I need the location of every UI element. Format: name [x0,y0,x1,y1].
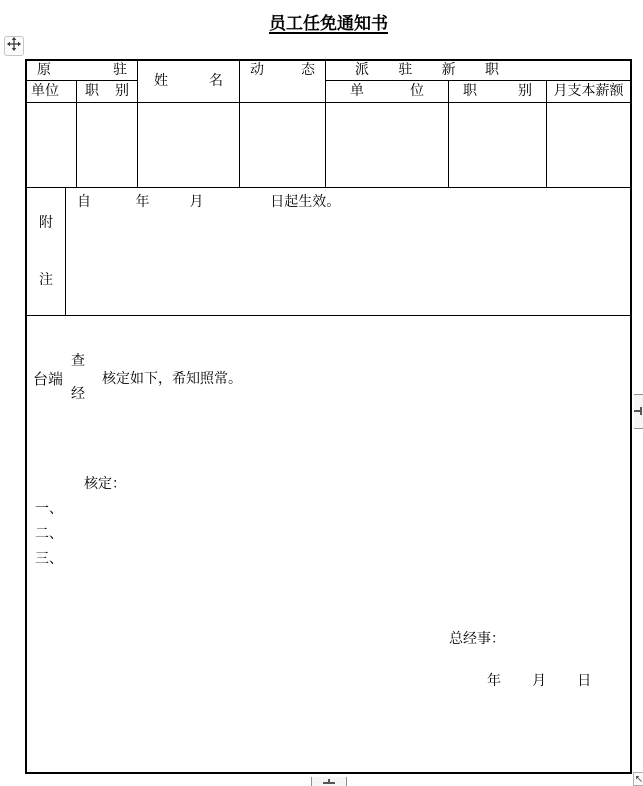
header-unit-new: 单位 [326,81,448,102]
scrollbar-split-button[interactable] [634,394,643,429]
cell-original-unit-value[interactable] [27,103,76,187]
appointment-form-table: 原驻 姓名 动态 派驻新职 单位 职别 单位 职别 月支本薪额 附 注 自 年 … [25,59,632,774]
table-move-handle[interactable] [4,36,24,56]
salutation-text: 台端 [33,368,63,389]
remarks-effective-line[interactable]: 自 年 月 日起生效。 [66,188,630,315]
cell-new-unit-value[interactable] [326,103,448,187]
cell-status-value[interactable] [240,103,325,187]
form-header-section: 原驻 姓名 动态 派驻新职 单位 职别 单位 职别 月支本薪额 [27,61,630,187]
cell-new-rank-value[interactable] [449,103,546,187]
approval-paragraph: 台端 查 经 核定如下，希知照常。 [33,354,242,402]
cell-original-rank-value[interactable] [77,103,137,187]
review-char-bottom: 经 [71,378,85,411]
header-unit-old: 单位 [27,81,76,102]
remarks-label-char1: 附 [39,212,53,232]
remarks-section: 附 注 自 年 月 日起生效。 [27,188,630,315]
signature-date-line: 年 月 日 [487,670,591,690]
diagonal-arrow-icon [635,771,643,786]
review-char-top: 查 [71,345,85,378]
approval-label: 核定： [84,473,126,493]
table-resize-handle[interactable] [633,772,643,786]
header-original-station: 原驻 [27,61,137,80]
approval-notice-text: 核定如下，希知照常。 [102,368,242,388]
header-name: 姓名 [138,61,239,102]
review-stacked-chars: 查 经 [71,345,85,411]
approval-section[interactable]: 台端 查 经 核定如下，希知照常。 核定： 一、 二、 三、 总经事： 年 月 … [27,316,630,772]
page-title: 员工任免通知书 [25,9,632,34]
header-rank-new: 职别 [449,81,546,102]
move-arrows-icon [7,37,21,55]
header-new-assignment: 派驻新职 [326,61,630,80]
cell-name-value[interactable] [138,103,239,187]
remarks-label: 附 注 [27,188,65,315]
approval-item-3[interactable]: 三、 [35,547,63,572]
remarks-label-char2: 注 [39,269,53,289]
header-rank-old: 职别 [77,81,137,102]
page-title-text: 员工任免通知书 [269,14,388,34]
cell-salary-value[interactable] [547,103,630,187]
approval-item-1[interactable]: 一、 [35,497,63,522]
signer-label: 总经事： [449,628,505,648]
page-bottom-widget[interactable] [311,777,347,786]
approval-items-list: 一、 二、 三、 [35,497,63,572]
approval-item-2[interactable]: 二、 [35,522,63,547]
header-monthly-salary: 月支本薪额 [547,81,630,102]
header-status: 动态 [240,61,325,102]
